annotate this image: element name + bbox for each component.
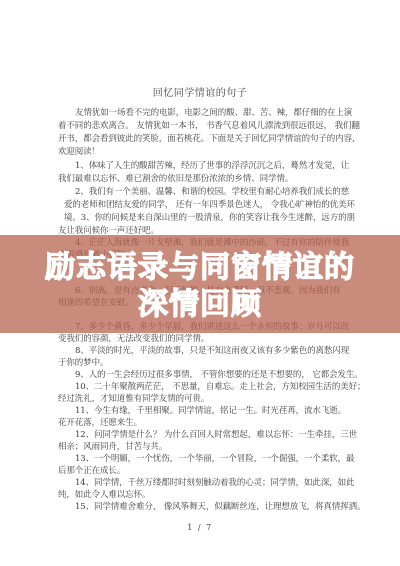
document-line: 13、一个明媚，一个忧伤，一个华丽，一个冒险，一个倔强，一个柔软，最 — [58, 453, 354, 465]
overlay-title: 励志语录与同窗情谊的 深情回顾 — [0, 249, 400, 323]
document-line: 相亲；风雨同舟，甘苦与共。 — [58, 441, 167, 453]
document-line: 我们最难以忘怀、难已割舍的依旧是那份浓浓的乡情、同学情。 — [58, 173, 293, 185]
overlay-title-line2: 深情回顾 — [0, 286, 400, 323]
document-line: 9、人的一生会经历过很多事情， 不管你想要的还是不想要的， 它都会发生。 — [58, 369, 363, 381]
document-line: 友情犹如一场看不完的电影，电影之间的酸、甜、苦、辣，都仔细的在上演 — [58, 107, 352, 119]
document-line: 开书，都会看到彼此的笑脸，面若桃花。下面是关于回忆同学情谊的句子的内容， — [58, 133, 360, 145]
document-line: 1、体味了人生的酸甜苦辣，经历了世事的浮浮沉沉之后，蓦然才发觉，让 — [58, 160, 349, 172]
document-line: 欢迎阅读！ — [58, 146, 100, 158]
document-line: 后那个正在成长。 — [58, 465, 125, 477]
overlay-title-line1: 励志语录与同窗情谊的 — [0, 249, 400, 286]
document-line: 友让我问候你一声还好吧。 — [58, 225, 159, 237]
document-line: 着不同的悲欢离合。 友情犹如一本书， 书香气息着风儿漂流到很远很远， 我们翻 — [58, 120, 360, 132]
document-line: 花开花落，还愿来生。 — [58, 417, 142, 429]
document-line: 15、同学情难舍难分， 像风筝舞天，似藕断丝连，让理想放飞，将真情挥洒。 — [58, 501, 365, 513]
document-page: 回忆同学情谊的句子 友情犹如一场看不完的电影，电影之间的酸、甜、苦、辣，都仔细的… — [0, 0, 400, 566]
document-line: 4、茫茫人海就像一片戈壁滩，我们就是滩中的沙砾，不过有你的陪伴使我 — [58, 237, 349, 249]
document-line: 11、今生有缘，千里相聚。同学情谊，铭记一生。时光荏苒，流水飞逝。 — [58, 405, 346, 417]
document-line: 爱的老师和团结友爱的同学， 还有一年四季景色迷人， 令我心旷神怡的优美环 — [64, 199, 355, 211]
document-line: 12、问同学情是什么？ 为什么百回人时常想起，难以忘怀：一生牵挂，三世 — [58, 429, 357, 441]
document-line: 变我们的容颜，无法改变我们的同学情。 — [58, 333, 209, 345]
document-line: 纯，如此令人难以忘怀。 — [58, 489, 150, 501]
document-line: 10、二十年聚散两茫茫， 不思量，自难忘。走上社会，方知校园生活的美好； — [58, 381, 365, 393]
document-line: 经过洗礼，才知道惟有同学友情的可贵。 — [58, 393, 209, 405]
document-line: 于你的梦中。 — [58, 357, 108, 369]
document-line: 境。3、你的问候是来自深山里的一股清泉，你的笑容让我今生迷醉，远方的朋 — [64, 212, 355, 224]
document-line: 14、同学情，千丝万缕都时时刻刻触动着我的心灵；同学情，如此深，如此 — [58, 477, 354, 489]
document-line: 2、我们有一个美丽、温馨、和谐的校园。学校里有耐心培养我们成长的慈 — [58, 186, 349, 198]
document-line: 8、平淡的时光，平淡的故事，只是不知这雨夜又该有多少紫色的离愁闪现 — [58, 345, 349, 357]
